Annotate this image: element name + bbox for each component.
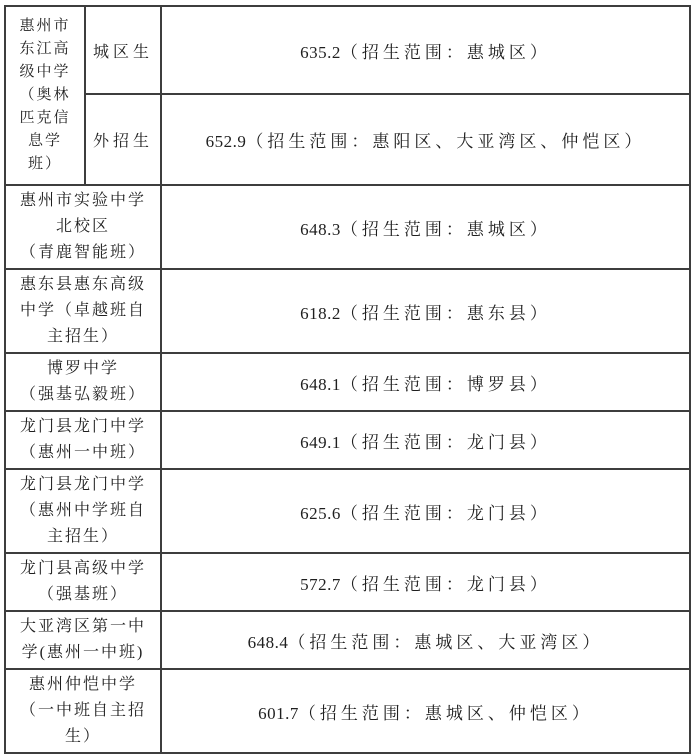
score-range: （招生范围：龙门县）: [341, 575, 551, 594]
score-value: 648.3: [300, 220, 341, 239]
score-range: （招生范围：惠城区、仲恺区）: [299, 704, 593, 723]
score-value: 572.7: [300, 575, 341, 594]
score-value: 648.4: [248, 633, 289, 652]
school-name-cell: 大亚湾区第一中 学(惠州一中班): [5, 611, 161, 669]
score-cell: 601.7（招生范围：惠城区、仲恺区）: [161, 669, 690, 753]
school-name-cell: 龙门县高级中学 （强基班）: [5, 553, 161, 611]
score-value: 625.6: [300, 504, 341, 523]
score-value: 618.2: [300, 304, 341, 323]
table-row: 惠州市 东江高 级中学 （奥林 匹克信 息学 班） 城区生 635.2（招生范围…: [5, 6, 690, 94]
admission-scores-table: 惠州市 东江高 级中学 （奥林 匹克信 息学 班） 城区生 635.2（招生范围…: [4, 5, 691, 754]
score-cell: 652.9（招生范围：惠阳区、大亚湾区、仲恺区）: [161, 94, 690, 185]
score-cell: 648.3（招生范围：惠城区）: [161, 185, 690, 269]
score-value: 648.1: [300, 375, 341, 394]
table-row: 龙门县龙门中学 （惠州一中班） 649.1（招生范围：龙门县）: [5, 411, 690, 469]
school-name-cell: 惠州市实验中学 北校区 （青鹿智能班）: [5, 185, 161, 269]
table-row: 惠州市实验中学 北校区 （青鹿智能班） 648.3（招生范围：惠城区）: [5, 185, 690, 269]
table-row: 外招生 652.9（招生范围：惠阳区、大亚湾区、仲恺区）: [5, 94, 690, 185]
school-name-cell: 惠州市 东江高 级中学 （奥林 匹克信 息学 班）: [5, 6, 85, 185]
category-cell: 城区生: [85, 6, 161, 94]
table-row: 大亚湾区第一中 学(惠州一中班) 648.4（招生范围：惠城区、大亚湾区）: [5, 611, 690, 669]
table-row: 龙门县高级中学 （强基班） 572.7（招生范围：龙门县）: [5, 553, 690, 611]
table-row: 龙门县龙门中学 （惠州中学班自 主招生） 625.6（招生范围：龙门县）: [5, 469, 690, 553]
score-cell: 625.6（招生范围：龙门县）: [161, 469, 690, 553]
score-range: （招生范围：博罗县）: [341, 375, 551, 394]
score-cell: 635.2（招生范围：惠城区）: [161, 6, 690, 94]
score-cell: 618.2（招生范围：惠东县）: [161, 269, 690, 353]
table-row: 惠东县惠东高级 中学（卓越班自 主招生） 618.2（招生范围：惠东县）: [5, 269, 690, 353]
category-cell: 外招生: [85, 94, 161, 185]
score-cell: 649.1（招生范围：龙门县）: [161, 411, 690, 469]
score-range: （招生范围：龙门县）: [341, 433, 551, 452]
school-name-cell: 龙门县龙门中学 （惠州中学班自 主招生）: [5, 469, 161, 553]
table-row: 博罗中学 （强基弘毅班） 648.1（招生范围：博罗县）: [5, 353, 690, 411]
score-cell: 648.4（招生范围：惠城区、大亚湾区）: [161, 611, 690, 669]
score-value: 649.1: [300, 433, 341, 452]
school-name-cell: 惠州仲恺中学 （一中班自主招 生）: [5, 669, 161, 753]
score-value: 635.2: [300, 43, 341, 62]
score-range: （招生范围：龙门县）: [341, 504, 551, 523]
school-name-cell: 龙门县龙门中学 （惠州一中班）: [5, 411, 161, 469]
score-cell: 648.1（招生范围：博罗县）: [161, 353, 690, 411]
score-range: （招生范围：惠东县）: [341, 304, 551, 323]
score-range: （招生范围：惠阳区、大亚湾区、仲恺区）: [246, 132, 645, 151]
admission-scores-table-wrap: 惠州市 东江高 级中学 （奥林 匹克信 息学 班） 城区生 635.2（招生范围…: [4, 5, 691, 754]
score-range: （招生范围：惠城区、大亚湾区）: [288, 633, 603, 652]
score-range: （招生范围：惠城区）: [341, 43, 551, 62]
school-name-cell: 博罗中学 （强基弘毅班）: [5, 353, 161, 411]
school-name-cell: 惠东县惠东高级 中学（卓越班自 主招生）: [5, 269, 161, 353]
score-range: （招生范围：惠城区）: [341, 220, 551, 239]
score-value: 601.7: [258, 704, 299, 723]
score-cell: 572.7（招生范围：龙门县）: [161, 553, 690, 611]
score-value: 652.9: [206, 132, 247, 151]
table-row: 惠州仲恺中学 （一中班自主招 生） 601.7（招生范围：惠城区、仲恺区）: [5, 669, 690, 753]
